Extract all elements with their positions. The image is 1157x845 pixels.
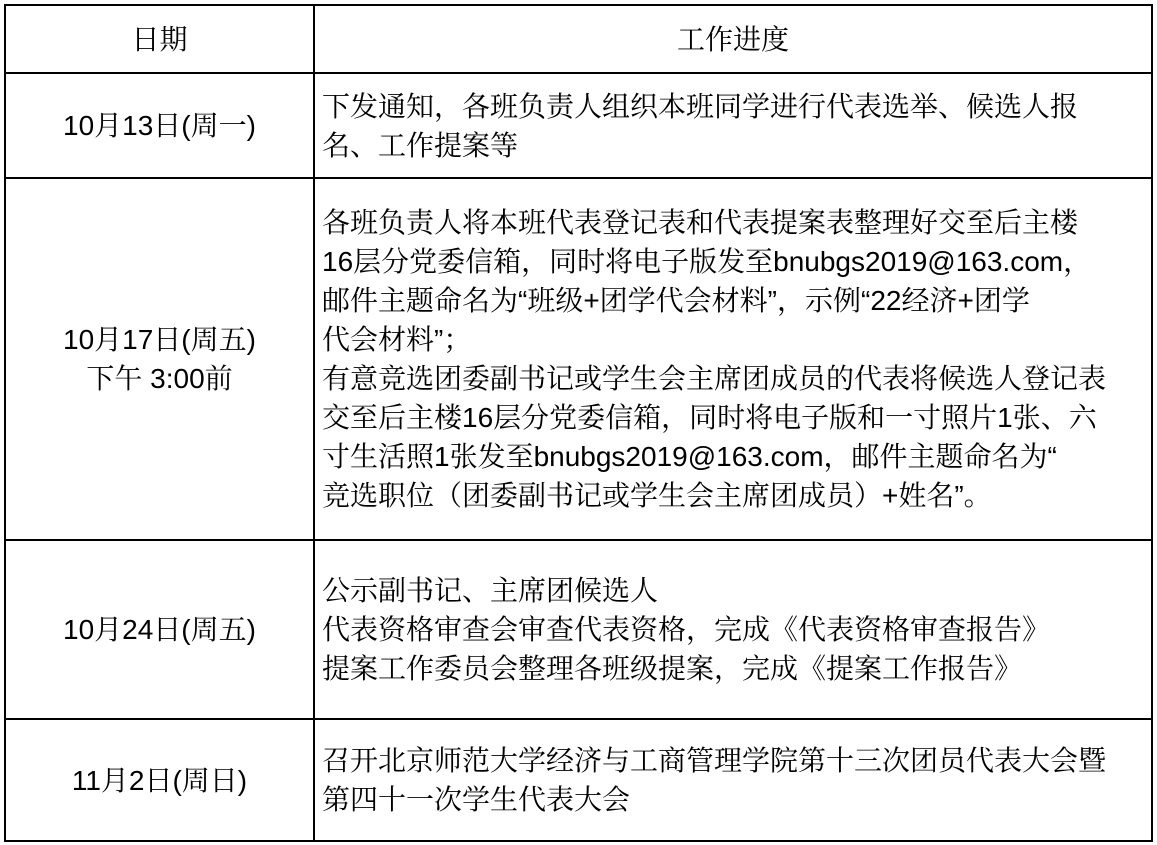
table-row: 10月17日(周五) 下午 3:00前 各班负责人将本班代表登记表和代表提案表整… — [5, 178, 1152, 540]
table-row: 10月24日(周五) 公示副书记、主席团候选人 代表资格审查会审查代表资格，完成… — [5, 540, 1152, 719]
date-cell: 11月2日(周日) — [5, 719, 314, 841]
date-cell: 10月17日(周五) 下午 3:00前 — [5, 178, 314, 540]
schedule-table: 日期 工作进度 10月13日(周一) 下发通知，各班负责人组织本班同学进行代表选… — [4, 4, 1153, 842]
table-header-row: 日期 工作进度 — [5, 5, 1152, 73]
progress-cell: 公示副书记、主席团候选人 代表资格审查会审查代表资格，完成《代表资格审查报告》 … — [314, 540, 1152, 719]
progress-cell: 召开北京师范大学经济与工商管理学院第十三次团员代表大会暨 第四十一次学生代表大会 — [314, 719, 1152, 841]
table-row: 11月2日(周日) 召开北京师范大学经济与工商管理学院第十三次团员代表大会暨 第… — [5, 719, 1152, 841]
header-progress: 工作进度 — [314, 5, 1152, 73]
progress-cell: 各班负责人将本班代表登记表和代表提案表整理好交至后主楼 16层分党委信箱，同时将… — [314, 178, 1152, 540]
table-row: 10月13日(周一) 下发通知，各班负责人组织本班同学进行代表选举、候选人报 名… — [5, 73, 1152, 178]
document-page: 日期 工作进度 10月13日(周一) 下发通知，各班负责人组织本班同学进行代表选… — [0, 0, 1157, 845]
header-date: 日期 — [5, 5, 314, 73]
date-cell: 10月13日(周一) — [5, 73, 314, 178]
date-cell: 10月24日(周五) — [5, 540, 314, 719]
progress-cell: 下发通知，各班负责人组织本班同学进行代表选举、候选人报 名、工作提案等 — [314, 73, 1152, 178]
